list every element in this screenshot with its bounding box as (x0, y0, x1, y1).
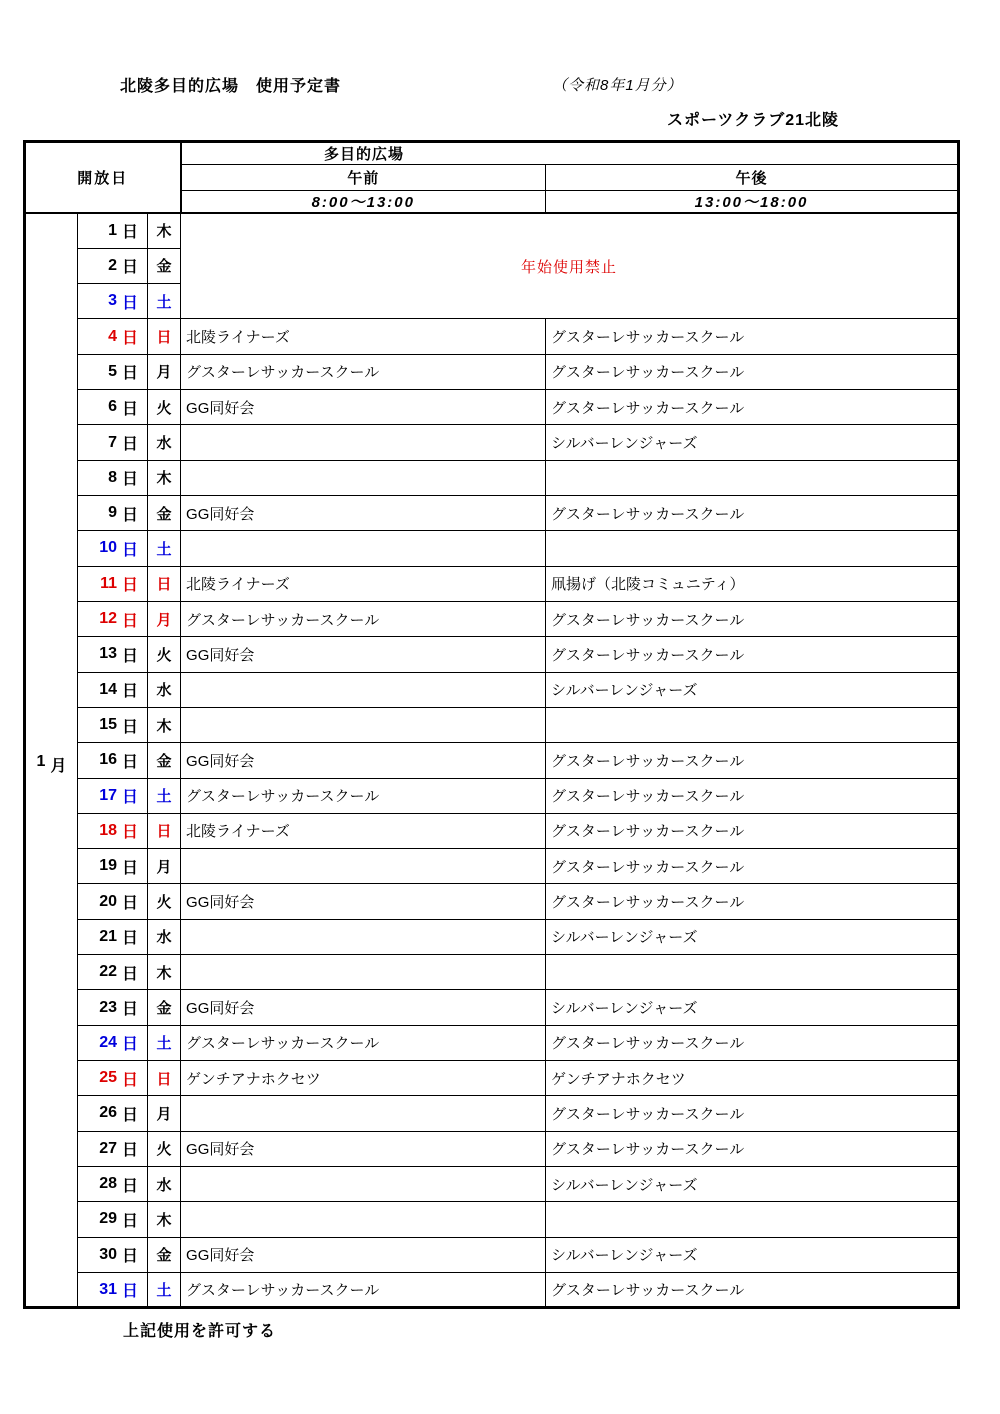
day-cell: 27日 (78, 1131, 148, 1166)
pm-slot: シルバーレンジャーズ (546, 1166, 959, 1201)
day-cell: 17日 (78, 778, 148, 813)
table-row: 13日火GG同好会グスターレサッカースクール (25, 637, 959, 672)
pm-slot: シルバーレンジャーズ (546, 919, 959, 954)
am-slot (181, 1202, 546, 1237)
day-label: 10日 (78, 537, 147, 560)
facility-header-cell: 多目的広場 (181, 142, 959, 165)
weekday-cell: 土 (148, 284, 181, 319)
am-slot: 北陵ライナーズ (181, 319, 546, 354)
day-label: 19日 (78, 855, 147, 878)
day-label: 22日 (78, 961, 147, 984)
table-row: 27日火GG同好会グスターレサッカースクール (25, 1131, 959, 1166)
weekday-cell: 木 (148, 955, 181, 990)
day-cell: 9日 (78, 496, 148, 531)
day-label: 9日 (78, 502, 147, 525)
day-label: 17日 (78, 784, 147, 807)
day-cell: 6日 (78, 390, 148, 425)
am-slot: GG同好会 (181, 1131, 546, 1166)
pm-slot: グスターレサッカースクール (546, 743, 959, 778)
am-hours: 8:00～13:00 (181, 191, 546, 214)
weekday-cell: 金 (148, 743, 181, 778)
am-slot: グスターレサッカースクール (181, 354, 546, 389)
weekday-cell: 火 (148, 637, 181, 672)
pm-slot: 凧揚げ（北陵コミュニティ） (546, 566, 959, 601)
table-row: 14日水シルバーレンジャーズ (25, 672, 959, 707)
am-slot: グスターレサッカースクール (181, 1025, 546, 1060)
weekday-cell: 木 (148, 1202, 181, 1237)
pm-slot: グスターレサッカースクール (546, 390, 959, 425)
day-label: 20日 (78, 890, 147, 913)
day-cell: 31日 (78, 1272, 148, 1307)
weekday-cell: 水 (148, 919, 181, 954)
weekday-cell: 金 (148, 990, 181, 1025)
day-label: 24日 (78, 1031, 147, 1054)
day-cell: 3日 (78, 284, 148, 319)
pm-hours: 13:00～18:00 (546, 191, 959, 214)
am-slot (181, 531, 546, 566)
day-label: 31日 (78, 1278, 147, 1301)
table-row: 18日日北陵ライナーズグスターレサッカースクール (25, 813, 959, 848)
table-row: 6日火GG同好会グスターレサッカースクール (25, 390, 959, 425)
day-label: 13日 (78, 643, 147, 666)
weekday-cell: 水 (148, 672, 181, 707)
pm-slot: グスターレサッカースクール (546, 884, 959, 919)
day-label: 11日 (78, 572, 147, 595)
page-title: 北陵多目的広場 使用予定書 (120, 73, 341, 96)
am-slot: GG同好会 (181, 637, 546, 672)
table-row: 5日月グスターレサッカースクールグスターレサッカースクール (25, 354, 959, 389)
day-label: 7日 (78, 431, 147, 454)
schedule-document: 北陵多目的広場 使用予定書 （令和8年1月分） スポーツクラブ21北陵 開放日 … (0, 0, 1000, 1414)
month-cell: 1月 (25, 213, 78, 1308)
table-row: 16日金GG同好会グスターレサッカースクール (25, 743, 959, 778)
weekday-cell: 金 (148, 248, 181, 283)
weekday-cell: 土 (148, 1025, 181, 1060)
day-label: 2日 (78, 254, 147, 277)
day-label: 27日 (78, 1137, 147, 1160)
pm-slot: グスターレサッカースクール (546, 778, 959, 813)
pm-slot (546, 707, 959, 742)
day-cell: 14日 (78, 672, 148, 707)
table-row: 26日月グスターレサッカースクール (25, 1096, 959, 1131)
day-cell: 21日 (78, 919, 148, 954)
am-slot: ゲンチアナホクセツ (181, 1061, 546, 1096)
pm-slot (546, 1202, 959, 1237)
pm-slot: グスターレサッカースクール (546, 1025, 959, 1060)
weekday-cell: 月 (148, 1096, 181, 1131)
weekday-cell: 金 (148, 1237, 181, 1272)
weekday-cell: 金 (148, 496, 181, 531)
pm-slot: グスターレサッカースクール (546, 813, 959, 848)
am-slot: GG同好会 (181, 884, 546, 919)
day-label: 5日 (78, 360, 147, 383)
day-cell: 25日 (78, 1061, 148, 1096)
day-label: 8日 (78, 466, 147, 489)
table-row: 4日日北陵ライナーズグスターレサッカースクール (25, 319, 959, 354)
am-slot (181, 955, 546, 990)
pm-slot: グスターレサッカースクール (546, 1131, 959, 1166)
day-label: 16日 (78, 749, 147, 772)
pm-slot (546, 955, 959, 990)
table-row: 28日水シルバーレンジャーズ (25, 1166, 959, 1201)
table-row: 31日土グスターレサッカースクールグスターレサッカースクール (25, 1272, 959, 1307)
pm-slot: シルバーレンジャーズ (546, 425, 959, 460)
period-label: （令和8年1月分） (552, 74, 683, 95)
day-cell: 5日 (78, 354, 148, 389)
am-slot: GG同好会 (181, 496, 546, 531)
pm-slot: グスターレサッカースクール (546, 1096, 959, 1131)
approval-note: 上記使用を許可する (123, 1318, 276, 1341)
weekday-cell: 木 (148, 707, 181, 742)
day-cell: 20日 (78, 884, 148, 919)
pm-slot: グスターレサッカースクール (546, 354, 959, 389)
day-cell: 7日 (78, 425, 148, 460)
day-cell: 29日 (78, 1202, 148, 1237)
schedule-body: 1月1日木年始使用禁止2日金3日土4日日北陵ライナーズグスターレサッカースクール… (25, 213, 959, 1308)
am-slot (181, 849, 546, 884)
pm-slot: グスターレサッカースクール (546, 319, 959, 354)
table-row: 23日金GG同好会シルバーレンジャーズ (25, 990, 959, 1025)
table-row: 1月1日木年始使用禁止 (25, 213, 959, 248)
table-row: 15日木 (25, 707, 959, 742)
weekday-cell: 月 (148, 849, 181, 884)
am-slot: GG同好会 (181, 990, 546, 1025)
day-cell: 22日 (78, 955, 148, 990)
table-row: 8日木 (25, 460, 959, 495)
schedule-table-wrapper: 開放日 多目的広場 午前 午後 8:00～13:00 13:00～18:00 1… (23, 140, 959, 1309)
day-label: 23日 (78, 996, 147, 1019)
am-slot: グスターレサッカースクール (181, 601, 546, 636)
weekday-cell: 日 (148, 813, 181, 848)
day-cell: 2日 (78, 248, 148, 283)
table-row: 10日土 (25, 531, 959, 566)
table-row: 25日日ゲンチアナホクセツゲンチアナホクセツ (25, 1061, 959, 1096)
open-day-header: 開放日 (25, 142, 181, 214)
pm-slot: グスターレサッカースクール (546, 849, 959, 884)
day-label: 12日 (78, 608, 147, 631)
pm-slot: グスターレサッカースクール (546, 637, 959, 672)
day-label: 26日 (78, 1102, 147, 1125)
day-cell: 8日 (78, 460, 148, 495)
day-cell: 23日 (78, 990, 148, 1025)
weekday-cell: 土 (148, 778, 181, 813)
am-slot: グスターレサッカースクール (181, 778, 546, 813)
schedule-header: 開放日 多目的広場 午前 午後 8:00～13:00 13:00～18:00 (25, 142, 959, 214)
day-label: 6日 (78, 396, 147, 419)
schedule-table: 開放日 多目的広場 午前 午後 8:00～13:00 13:00～18:00 1… (23, 140, 960, 1309)
club-name: スポーツクラブ21北陵 (667, 107, 839, 130)
pm-slot: シルバーレンジャーズ (546, 1237, 959, 1272)
pm-slot: ゲンチアナホクセツ (546, 1061, 959, 1096)
am-slot: 北陵ライナーズ (181, 566, 546, 601)
day-cell: 28日 (78, 1166, 148, 1201)
day-cell: 13日 (78, 637, 148, 672)
am-slot (181, 919, 546, 954)
weekday-cell: 月 (148, 354, 181, 389)
am-slot (181, 707, 546, 742)
day-cell: 26日 (78, 1096, 148, 1131)
day-label: 3日 (78, 290, 147, 313)
day-cell: 1日 (78, 213, 148, 248)
day-label: 14日 (78, 678, 147, 701)
day-cell: 24日 (78, 1025, 148, 1060)
facility-header: 多目的広場 (182, 143, 547, 164)
weekday-cell: 火 (148, 1131, 181, 1166)
day-label: 18日 (78, 819, 147, 842)
day-cell: 18日 (78, 813, 148, 848)
table-row: 30日金GG同好会シルバーレンジャーズ (25, 1237, 959, 1272)
am-slot (181, 1096, 546, 1131)
day-cell: 12日 (78, 601, 148, 636)
weekday-cell: 月 (148, 601, 181, 636)
table-row: 21日水シルバーレンジャーズ (25, 919, 959, 954)
weekday-cell: 火 (148, 884, 181, 919)
day-label: 29日 (78, 1208, 147, 1231)
table-row: 24日土グスターレサッカースクールグスターレサッカースクール (25, 1025, 959, 1060)
weekday-cell: 日 (148, 319, 181, 354)
weekday-cell: 木 (148, 213, 181, 248)
weekday-cell: 水 (148, 425, 181, 460)
day-label: 30日 (78, 1243, 147, 1266)
day-label: 15日 (78, 714, 147, 737)
am-slot (181, 425, 546, 460)
table-row: 22日木 (25, 955, 959, 990)
pm-slot (546, 531, 959, 566)
table-row: 19日月グスターレサッカースクール (25, 849, 959, 884)
day-label: 21日 (78, 925, 147, 948)
am-slot: GG同好会 (181, 390, 546, 425)
weekday-cell: 木 (148, 460, 181, 495)
table-row: 20日火GG同好会グスターレサッカースクール (25, 884, 959, 919)
day-cell: 15日 (78, 707, 148, 742)
table-row: 7日水シルバーレンジャーズ (25, 425, 959, 460)
table-row: 29日木 (25, 1202, 959, 1237)
weekday-cell: 水 (148, 1166, 181, 1201)
table-row: 12日月グスターレサッカースクールグスターレサッカースクール (25, 601, 959, 636)
day-label: 28日 (78, 1173, 147, 1196)
day-cell: 10日 (78, 531, 148, 566)
am-header: 午前 (181, 165, 546, 191)
am-slot (181, 672, 546, 707)
weekday-cell: 日 (148, 566, 181, 601)
weekday-cell: 日 (148, 1061, 181, 1096)
weekday-cell: 火 (148, 390, 181, 425)
pm-slot: グスターレサッカースクール (546, 1272, 959, 1307)
month-label: 1月 (26, 744, 77, 776)
day-cell: 16日 (78, 743, 148, 778)
pm-slot (546, 460, 959, 495)
am-slot (181, 460, 546, 495)
table-row: 9日金GG同好会グスターレサッカースクール (25, 496, 959, 531)
table-row: 17日土グスターレサッカースクールグスターレサッカースクール (25, 778, 959, 813)
am-slot: GG同好会 (181, 743, 546, 778)
am-slot: 北陵ライナーズ (181, 813, 546, 848)
day-cell: 4日 (78, 319, 148, 354)
day-cell: 30日 (78, 1237, 148, 1272)
day-label: 4日 (78, 325, 147, 348)
closed-notice: 年始使用禁止 (181, 213, 959, 319)
am-slot: グスターレサッカースクール (181, 1272, 546, 1307)
weekday-cell: 土 (148, 531, 181, 566)
pm-slot: シルバーレンジャーズ (546, 672, 959, 707)
table-row: 11日日北陵ライナーズ凧揚げ（北陵コミュニティ） (25, 566, 959, 601)
day-cell: 11日 (78, 566, 148, 601)
pm-slot: シルバーレンジャーズ (546, 990, 959, 1025)
day-label: 1日 (78, 219, 147, 242)
day-cell: 19日 (78, 849, 148, 884)
pm-header: 午後 (546, 165, 959, 191)
am-slot: GG同好会 (181, 1237, 546, 1272)
pm-slot: グスターレサッカースクール (546, 601, 959, 636)
pm-slot: グスターレサッカースクール (546, 496, 959, 531)
am-slot (181, 1166, 546, 1201)
day-label: 25日 (78, 1067, 147, 1090)
weekday-cell: 土 (148, 1272, 181, 1307)
